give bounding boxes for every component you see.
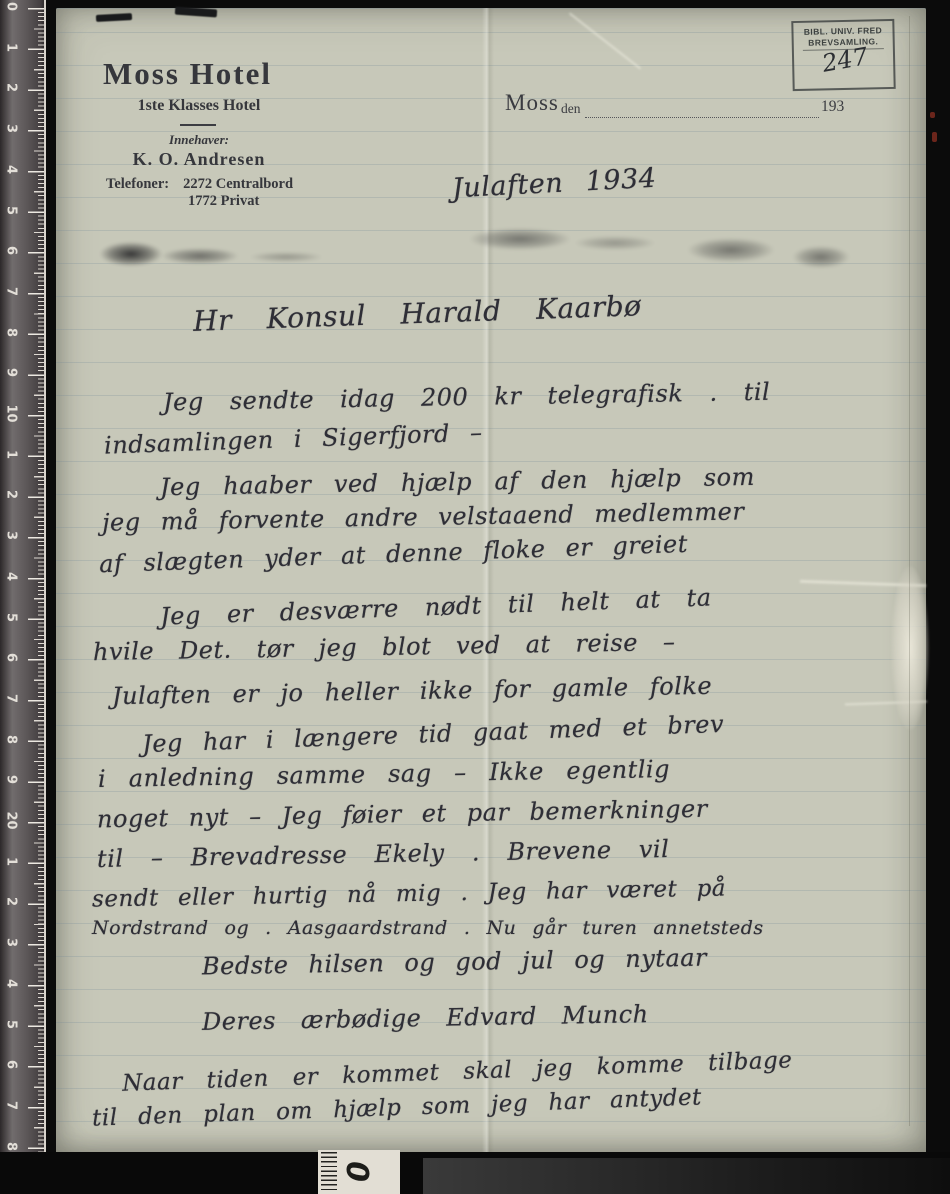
ruler-cm-label: 1 [4, 851, 19, 871]
ruler-cm-label: 1 [4, 444, 19, 464]
archive-stamp: BIBL. UNIV. FRED BREVSAMLING. 247 [791, 19, 895, 91]
ink-smudge [575, 236, 655, 250]
ink-smudge [100, 242, 162, 266]
ruler-cm-label: 3 [4, 119, 19, 139]
letterhead-owner-label: Innehaver: [103, 132, 295, 148]
ruler-cm-label: 5 [4, 1014, 19, 1034]
ruler-cm-label: 4 [4, 973, 19, 993]
ruler-cm-label: 7 [4, 1095, 19, 1115]
ruler-cm-ticks [28, 8, 44, 1194]
ruler-cm-label: 7 [4, 688, 19, 708]
ruler-cm-label: 2 [4, 485, 19, 505]
letterhead-phone-private: 1772 Privat [188, 193, 259, 210]
date-line-dotted-rule [585, 103, 819, 118]
ruler-cm-label: 10 [4, 404, 19, 424]
ruler-cm-label: 7 [4, 281, 19, 301]
stamp-handwritten-number: 247 [820, 42, 870, 78]
phone-central: 2272 Centralbord [183, 176, 293, 192]
ruler-cm-label: 0 [4, 0, 19, 17]
bottom-scale-ticks [321, 1152, 337, 1192]
letterhead-owner-name: K. O. Andresen [103, 149, 295, 170]
ruler-cm-label: 4 [4, 159, 19, 179]
ruler-cm-label: 6 [4, 648, 19, 668]
ruler-cm-label: 4 [4, 566, 19, 586]
ruler-cm-label: 3 [4, 526, 19, 546]
letterhead-hotel-name: Moss Hotel [103, 56, 272, 92]
torn-paper-edge [891, 566, 929, 730]
ruler-cm-label: 1 [4, 37, 19, 57]
scanned-letter-page: 01234567891012345678920123456789 Moss Ho… [0, 0, 950, 1194]
ink-smudge [250, 252, 322, 262]
ink-smudge [162, 248, 238, 264]
date-line-year-prefix: 193 [821, 98, 844, 116]
ruler-cm-label: 3 [4, 933, 19, 953]
ink-smudge [470, 228, 570, 250]
ruler-cm-label: 2 [4, 78, 19, 98]
page-edge-shadow [909, 16, 910, 1126]
ruler-cm-label: 8 [4, 729, 19, 749]
ruler-cm-label: 9 [4, 363, 19, 383]
date-line-place: Moss [505, 90, 559, 116]
date-line-den: den [561, 101, 581, 117]
scanner-gray-strip [423, 1158, 950, 1194]
red-edge-mark [932, 132, 937, 142]
letterhead-subtitle: 1ste Klasses Hotel [103, 97, 295, 115]
handwritten-line: Nordstrand og . Aasgaardstrand . Nu går … [92, 917, 764, 939]
ruler-cm-label: 2 [4, 892, 19, 912]
bottom-scale-number: 0 [339, 1161, 374, 1182]
measurement-ruler: 01234567891012345678920123456789 [0, 0, 46, 1194]
letterhead-divider [180, 124, 216, 126]
ruler-cm-label: 6 [4, 241, 19, 261]
letterhead-phone-line: Telefoner:2272 Centralbord [106, 176, 293, 193]
phone-label: Telefoner: [106, 176, 169, 192]
ink-smudge [793, 246, 849, 268]
ruler-cm-label: 9 [4, 770, 19, 790]
ruler-cm-label: 20 [4, 811, 19, 831]
ruler-cm-label: 8 [4, 322, 19, 342]
ruler-cm-label: 6 [4, 1055, 19, 1075]
red-edge-mark [930, 112, 935, 118]
ruler-cm-label: 5 [4, 607, 19, 627]
bottom-scale-fragment: 0 [318, 1150, 400, 1194]
ruler-cm-label: 5 [4, 200, 19, 220]
ink-smudge [688, 238, 774, 262]
